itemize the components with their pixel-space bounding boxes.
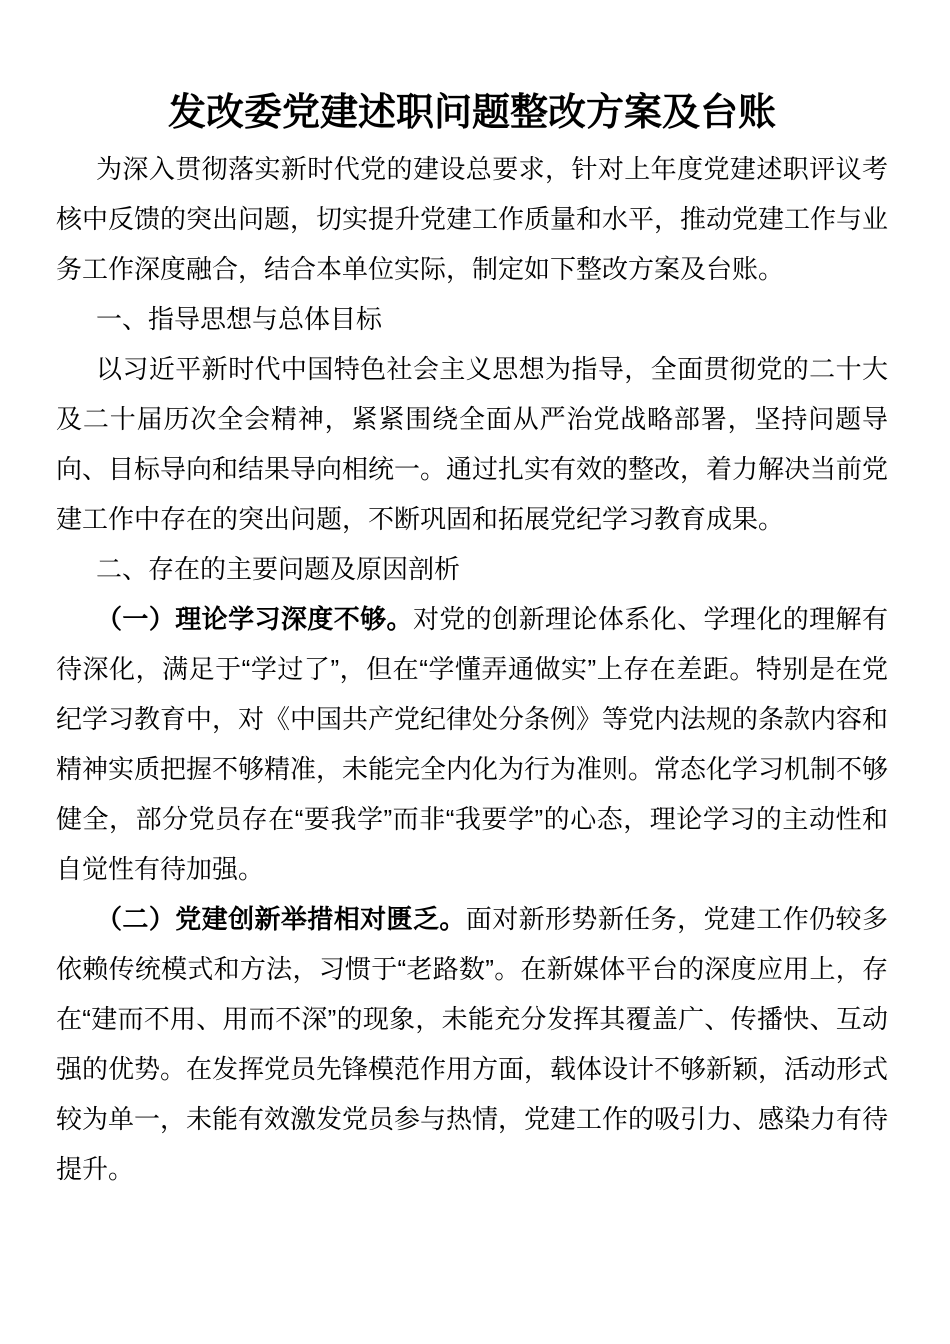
document-title: 发改委党建述职问题整改方案及台账 <box>56 92 888 134</box>
section-heading-2: 二、存在的主要问题及原因剖析 <box>56 544 888 594</box>
document-body: 为深入贯彻落实新时代党的建设总要求，针对上年度党建述职评议考核中反馈的突出问题，… <box>56 144 888 1194</box>
problem-2-text: 面对新形势新任务，党建工作仍较多依赖传统模式和方法，习惯于“老路数”。在新媒体平… <box>56 904 888 1184</box>
document-page: 发改委党建述职问题整改方案及台账 为深入贯彻落实新时代党的建设总要求，针对上年度… <box>0 0 950 1344</box>
problem-1-paragraph: （一）理论学习深度不够。对党的创新理论体系化、学理化的理解有待深化，满足于“学过… <box>56 594 888 894</box>
section-1-paragraph: 以习近平新时代中国特色社会主义思想为指导，全面贯彻党的二十大及二十届历次全会精神… <box>56 344 888 544</box>
problem-2-lead: （二）党建创新举措相对匮乏。 <box>96 904 466 934</box>
intro-paragraph: 为深入贯彻落实新时代党的建设总要求，针对上年度党建述职评议考核中反馈的突出问题，… <box>56 144 888 294</box>
problem-2-paragraph: （二）党建创新举措相对匮乏。面对新形势新任务，党建工作仍较多依赖传统模式和方法，… <box>56 894 888 1194</box>
section-heading-1: 一、指导思想与总体目标 <box>56 294 888 344</box>
problem-1-lead: （一）理论学习深度不够。 <box>96 604 413 634</box>
problem-1-text: 对党的创新理论体系化、学理化的理解有待深化，满足于“学过了”，但在“学懂弄通做实… <box>56 604 888 884</box>
